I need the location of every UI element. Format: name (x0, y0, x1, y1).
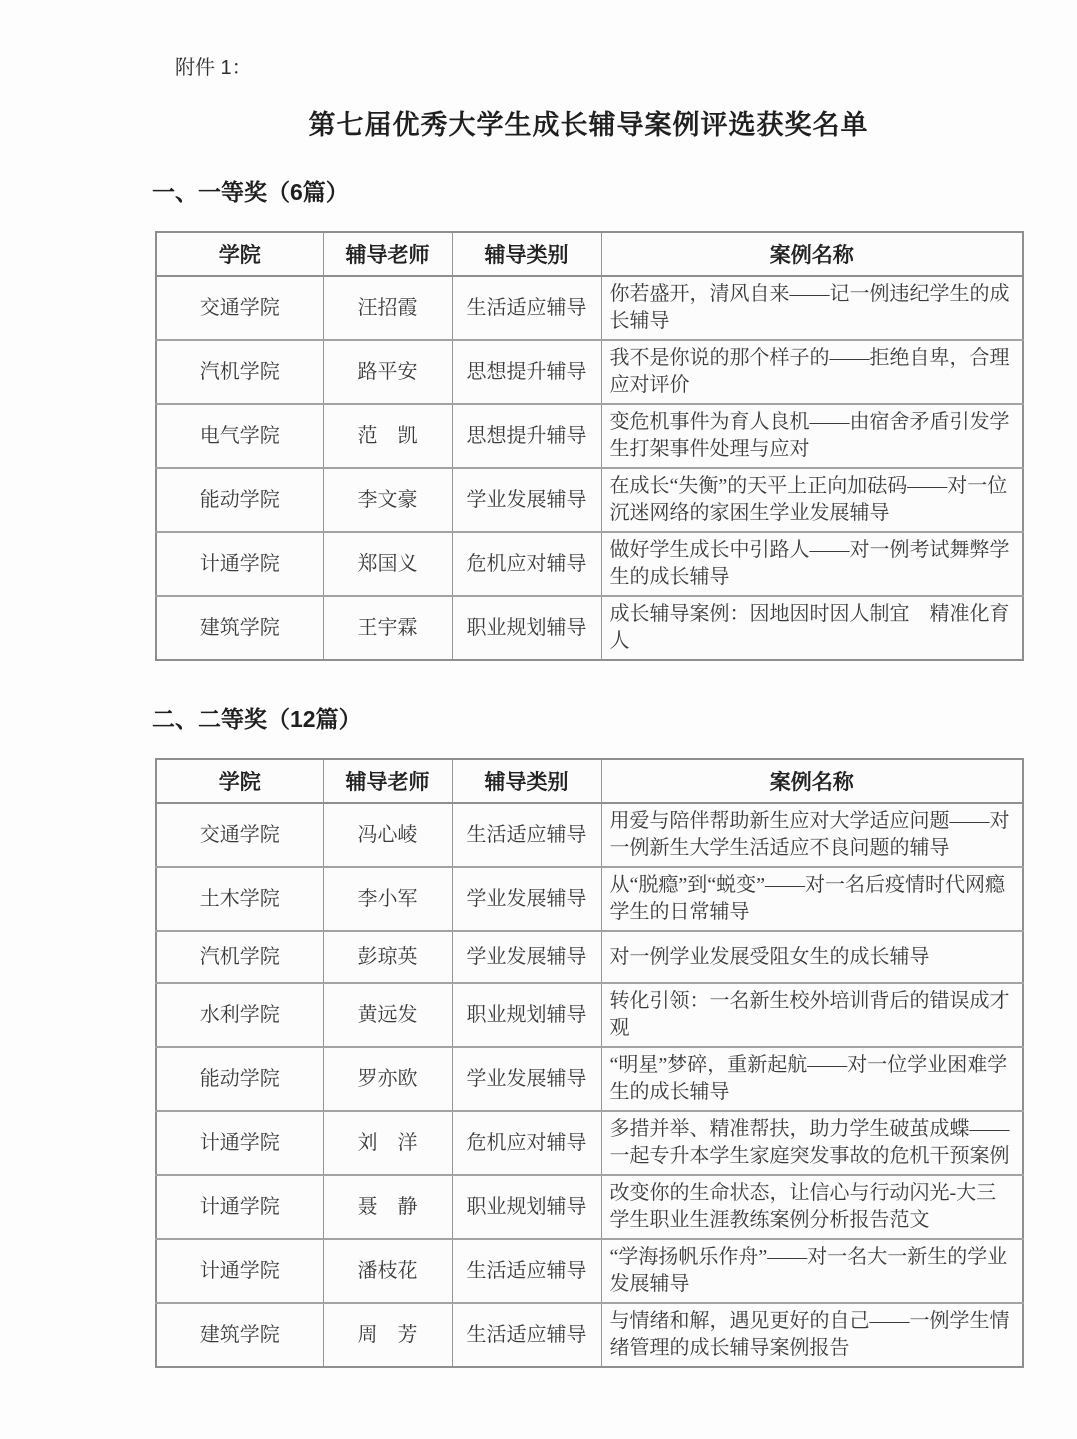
cell-case-title: 与情绪和解，遇见更好的自己——一例学生情绪管理的成长辅导案例报告 (601, 1303, 1023, 1367)
cell-category: 生活适应辅导 (452, 276, 601, 340)
header-category: 辅导类别 (452, 759, 601, 803)
cell-teacher-name: 彭琼英 (323, 931, 452, 983)
cell-college: 交通学院 (156, 803, 323, 867)
header-category: 辅导类别 (452, 232, 601, 276)
cell-college: 能动学院 (156, 1047, 323, 1111)
cell-teacher-name: 黄远发 (323, 983, 452, 1047)
cell-teacher-name: 冯心崚 (323, 803, 452, 867)
cell-case-title: 做好学生成长中引路人——对一例考试舞弊学生的成长辅导 (601, 532, 1023, 596)
header-case-title: 案例名称 (601, 232, 1023, 276)
cell-college: 电气学院 (156, 404, 323, 468)
cell-teacher-name: 潘枝花 (323, 1239, 452, 1303)
cell-college: 建筑学院 (156, 596, 323, 660)
section-second-prize: 二、二等奖（12篇） 学院 辅导老师 辅导类别 案例名称 交通学院冯 (155, 701, 1022, 1368)
cell-case-title: 从“脱瘾”到“蜕变”——对一名后疫情时代网瘾学生的日常辅导 (601, 867, 1023, 931)
table-row: 交通学院汪招霞生活适应辅导你若盛开，清风自来——记一例违纪学生的成长辅导 (156, 276, 1023, 340)
cell-case-title: 用爱与陪伴帮助新生应对大学适应问题——对一例新生大学生活适应不良问题的辅导 (601, 803, 1023, 867)
page-title: 第七届优秀大学生成长辅导案例评选获奖名单 (155, 103, 1022, 142)
table-header-row: 学院 辅导老师 辅导类别 案例名称 (156, 759, 1023, 803)
cell-teacher-name: 周 芳 (323, 1303, 452, 1367)
header-college: 学院 (156, 232, 323, 276)
cell-category: 职业规划辅导 (452, 983, 601, 1047)
cell-college: 计通学院 (156, 532, 323, 596)
table-row: 计通学院郑国义危机应对辅导做好学生成长中引路人——对一例考试舞弊学生的成长辅导 (156, 532, 1023, 596)
cell-category: 学业发展辅导 (452, 931, 601, 983)
cell-category: 职业规划辅导 (452, 596, 601, 660)
cell-category: 思想提升辅导 (452, 340, 601, 404)
table-row: 建筑学院周 芳生活适应辅导与情绪和解，遇见更好的自己——一例学生情绪管理的成长辅… (156, 1303, 1023, 1367)
table-row: 土木学院李小军学业发展辅导从“脱瘾”到“蜕变”——对一名后疫情时代网瘾学生的日常… (156, 867, 1023, 931)
cell-case-title: 在成长“失衡”的天平上正向加砝码——对一位沉迷网络的家困生学业发展辅导 (601, 468, 1023, 532)
cell-teacher-name: 刘 洋 (323, 1111, 452, 1175)
cell-category: 学业发展辅导 (452, 867, 601, 931)
cell-case-title: “学海扬帆乐作舟”——对一名大一新生的学业发展辅导 (601, 1239, 1023, 1303)
table-row: 交通学院冯心崚生活适应辅导用爱与陪伴帮助新生应对大学适应问题——对一例新生大学生… (156, 803, 1023, 867)
cell-teacher-name: 聂 静 (323, 1175, 452, 1239)
document-page: 附件 1： 第七届优秀大学生成长辅导案例评选获奖名单 一、一等奖（6篇） 学院 … (0, 0, 1077, 1439)
cell-case-title: 成长辅导案例：因地因时因人制宜 精准化育人 (601, 596, 1023, 660)
cell-category: 学业发展辅导 (452, 1047, 601, 1111)
cell-college: 计通学院 (156, 1239, 323, 1303)
cell-teacher-name: 李小军 (323, 867, 452, 931)
cell-teacher-name: 王宇霖 (323, 596, 452, 660)
table-row: 能动学院罗亦欧学业发展辅导“明星”梦碎，重新起航——对一位学业困难学生的成长辅导 (156, 1047, 1023, 1111)
cell-category: 危机应对辅导 (452, 1111, 601, 1175)
cell-teacher-name: 李文豪 (323, 468, 452, 532)
first-prize-table: 学院 辅导老师 辅导类别 案例名称 交通学院汪招霞生活适应辅导你若盛开，清风自来… (155, 231, 1024, 661)
cell-teacher-name: 郑国义 (323, 532, 452, 596)
cell-college: 汽机学院 (156, 340, 323, 404)
cell-case-title: 改变你的生命状态，让信心与行动闪光-大三学生职业生涯教练案例分析报告范文 (601, 1175, 1023, 1239)
cell-college: 计通学院 (156, 1111, 323, 1175)
attachment-label: 附件 1： (175, 0, 1022, 81)
cell-category: 生活适应辅导 (452, 803, 601, 867)
header-teacher: 辅导老师 (323, 759, 452, 803)
table-header-row: 学院 辅导老师 辅导类别 案例名称 (156, 232, 1023, 276)
cell-case-title: “明星”梦碎，重新起航——对一位学业困难学生的成长辅导 (601, 1047, 1023, 1111)
second-prize-table: 学院 辅导老师 辅导类别 案例名称 交通学院冯心崚生活适应辅导用爱与陪伴帮助新生… (155, 758, 1024, 1368)
table-row: 计通学院潘枝花生活适应辅导“学海扬帆乐作舟”——对一名大一新生的学业发展辅导 (156, 1239, 1023, 1303)
table-row: 汽机学院彭琼英学业发展辅导对一例学业发展受阻女生的成长辅导 (156, 931, 1023, 983)
cell-case-title: 对一例学业发展受阻女生的成长辅导 (601, 931, 1023, 983)
cell-college: 交通学院 (156, 276, 323, 340)
cell-teacher-name: 路平安 (323, 340, 452, 404)
cell-case-title: 转化引领：一名新生校外培训背后的错误成才观 (601, 983, 1023, 1047)
cell-category: 危机应对辅导 (452, 532, 601, 596)
cell-college: 水利学院 (156, 983, 323, 1047)
header-college: 学院 (156, 759, 323, 803)
table-row: 建筑学院王宇霖职业规划辅导成长辅导案例：因地因时因人制宜 精准化育人 (156, 596, 1023, 660)
table-row: 计通学院刘 洋危机应对辅导多措并举、精准帮扶，助力学生破茧成蝶——一起专升本学生… (156, 1111, 1023, 1175)
table-row: 电气学院范 凯思想提升辅导变危机事件为育人良机——由宿舍矛盾引发学生打架事件处理… (156, 404, 1023, 468)
cell-college: 计通学院 (156, 1175, 323, 1239)
cell-college: 建筑学院 (156, 1303, 323, 1367)
table-row: 汽机学院路平安思想提升辅导我不是你说的那个样子的——拒绝自卑，合理应对评价 (156, 340, 1023, 404)
cell-category: 学业发展辅导 (452, 468, 601, 532)
section-heading-first-prize: 一、一等奖（6篇） (152, 174, 1022, 207)
cell-case-title: 变危机事件为育人良机——由宿舍矛盾引发学生打架事件处理与应对 (601, 404, 1023, 468)
cell-category: 思想提升辅导 (452, 404, 601, 468)
cell-teacher-name: 范 凯 (323, 404, 452, 468)
cell-teacher-name: 罗亦欧 (323, 1047, 452, 1111)
cell-case-title: 多措并举、精准帮扶，助力学生破茧成蝶——一起专升本学生家庭突发事故的危机干预案例 (601, 1111, 1023, 1175)
document-content: 附件 1： 第七届优秀大学生成长辅导案例评选获奖名单 一、一等奖（6篇） 学院 … (155, 0, 1022, 1368)
header-teacher: 辅导老师 (323, 232, 452, 276)
header-case-title: 案例名称 (601, 759, 1023, 803)
table-row: 能动学院李文豪学业发展辅导在成长“失衡”的天平上正向加砝码——对一位沉迷网络的家… (156, 468, 1023, 532)
cell-college: 汽机学院 (156, 931, 323, 983)
table-row: 计通学院聂 静职业规划辅导改变你的生命状态，让信心与行动闪光-大三学生职业生涯教… (156, 1175, 1023, 1239)
cell-category: 生活适应辅导 (452, 1303, 601, 1367)
table-row: 水利学院黄远发职业规划辅导转化引领：一名新生校外培训背后的错误成才观 (156, 983, 1023, 1047)
cell-category: 职业规划辅导 (452, 1175, 601, 1239)
cell-college: 土木学院 (156, 867, 323, 931)
cell-teacher-name: 汪招霞 (323, 276, 452, 340)
section-heading-second-prize: 二、二等奖（12篇） (152, 701, 1022, 734)
cell-category: 生活适应辅导 (452, 1239, 601, 1303)
cell-case-title: 我不是你说的那个样子的——拒绝自卑，合理应对评价 (601, 340, 1023, 404)
section-first-prize: 一、一等奖（6篇） 学院 辅导老师 辅导类别 案例名称 交通学院汪招 (155, 174, 1022, 661)
cell-case-title: 你若盛开，清风自来——记一例违纪学生的成长辅导 (601, 276, 1023, 340)
cell-college: 能动学院 (156, 468, 323, 532)
